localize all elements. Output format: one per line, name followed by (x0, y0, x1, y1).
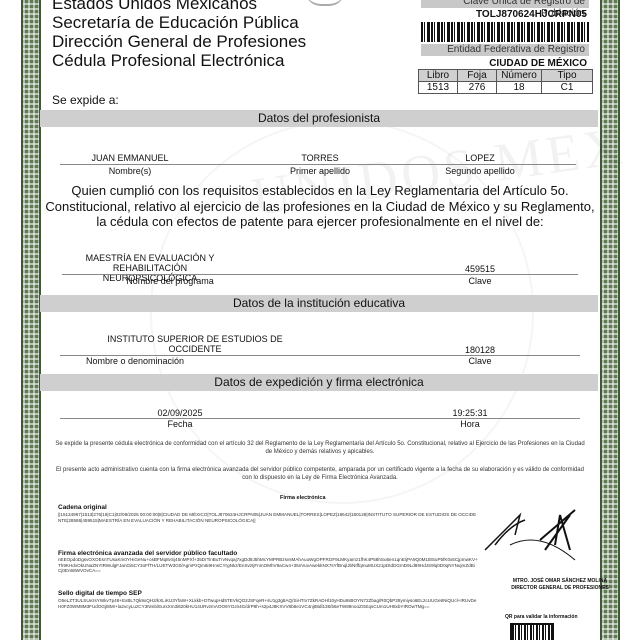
segundo-apellido-label: Segundo apellido (410, 166, 550, 176)
curp-value: TOLJ870624HJCRPN05 (421, 8, 589, 21)
segundo-apellido-value: LOPEZ (410, 153, 550, 163)
firma-title: Firma electrónica (280, 495, 326, 501)
registry-value-numero: 18 (497, 82, 542, 94)
registry-value-tipo: C1 (542, 82, 593, 94)
legal-paragraph-2: El presente acto administrativo cuenta c… (55, 466, 585, 482)
signature-icon (480, 505, 600, 575)
signer-title: DIRECTOR GENERAL DE PROFESIONES (480, 585, 640, 592)
legal-paragraph-1: Se expide la presente cédula electrónica… (55, 440, 585, 456)
firma-avanzada-value: nEEOpdoDgsvOXOEsnTUsaKm0YHiGeNu+osBFMq8v… (58, 557, 478, 574)
section-profesionista: Datos del profesionista (40, 110, 598, 127)
institution-name-line2: OCCIDENTE (80, 344, 310, 354)
issue-date: 02/09/2025 (130, 408, 230, 418)
decorative-border-left (21, 0, 41, 640)
institution-name-line1: INSTITUTO SUPERIOR DE ESTUDIOS DE (80, 334, 310, 344)
qr-code[interactable] (510, 623, 554, 640)
curp-label: Clave Única de Registro de Población (421, 0, 589, 8)
issue-date-label: Fecha (130, 419, 230, 429)
header-line-country: Estados Unidos Mexicanos (52, 0, 306, 13)
curp-barcode (421, 22, 589, 42)
qr-label: QR para validar la información (505, 614, 578, 620)
header-line-directorate: Dirección General de Profesiones (52, 32, 306, 51)
cadena-original-label: Cadena original (58, 504, 107, 511)
divider (60, 164, 576, 165)
header-line-document-type: Cédula Profesional Electrónica (52, 51, 306, 70)
section-expedicion: Datos de expedición y firma electrónica (40, 374, 598, 391)
curp-block: Clave Única de Registro de Población TOL… (421, 0, 589, 71)
registry-table: Libro Foja Número Tipo 1513 276 18 C1 (418, 69, 593, 94)
institution-clave: 180128 (440, 345, 520, 355)
header-line-ministry: Secretaría de Educación Pública (52, 13, 306, 32)
program-clave-label: Clave (440, 276, 520, 286)
program-name-line1: MAESTRÍA EN EVALUACIÓN Y REHABILITACIÓN (60, 253, 240, 273)
registry-value-foja: 276 (458, 82, 497, 94)
decorative-border-right (600, 0, 620, 640)
institution-clave-label: Clave (440, 356, 520, 366)
primer-apellido-label: Primer apellido (250, 166, 390, 176)
sello-value: O5eLZT3ULSUezsYWkvTp48+ExBL7Qk9xQH2/kXLi… (58, 598, 478, 609)
program-clave: 459515 (440, 264, 520, 274)
institution-name-label: Nombre o denominación (80, 356, 190, 366)
national-shield-icon (305, 0, 345, 6)
institution-name: INSTITUTO SUPERIOR DE ESTUDIOS DE OCCIDE… (80, 334, 310, 354)
divider (62, 274, 578, 275)
issued-to-label: Se expide a: (52, 93, 119, 107)
registry-header-libro: Libro (419, 70, 458, 82)
primer-apellido-value: TORRES (250, 153, 390, 163)
nombre-value: JUAN EMMANUEL (60, 153, 200, 163)
registry-header-numero: Número (497, 70, 542, 82)
nombre-label: Nombre(s) (60, 166, 200, 176)
signer-name: MTRO. JOSÉ OMAR SÁNCHEZ MOLINA (480, 578, 640, 585)
cadena-original-value: ||15134967|1513|276|18|C1|02/09/2025 00:… (58, 512, 478, 523)
firma-avanzada-label: Firma electrónica avanzada del servidor … (58, 550, 237, 557)
program-name-label: Nombre del programa (80, 276, 260, 286)
requirements-statement: Quien cumplió con los requisitos estable… (40, 183, 600, 230)
section-institucion: Datos de la institución educativa (40, 295, 598, 312)
issue-time-label: Hora (430, 419, 510, 429)
registry-value-libro: 1513 (419, 82, 458, 94)
document-header: Estados Unidos Mexicanos Secretaría de E… (52, 0, 306, 70)
entidad-label: Entidad Federativa de Registro (421, 44, 589, 56)
sello-label: Sello digital de tiempo SEP (58, 590, 142, 597)
issue-time: 19:25:31 (430, 408, 510, 418)
registry-header-tipo: Tipo (542, 70, 593, 82)
registry-header-foja: Foja (458, 70, 497, 82)
